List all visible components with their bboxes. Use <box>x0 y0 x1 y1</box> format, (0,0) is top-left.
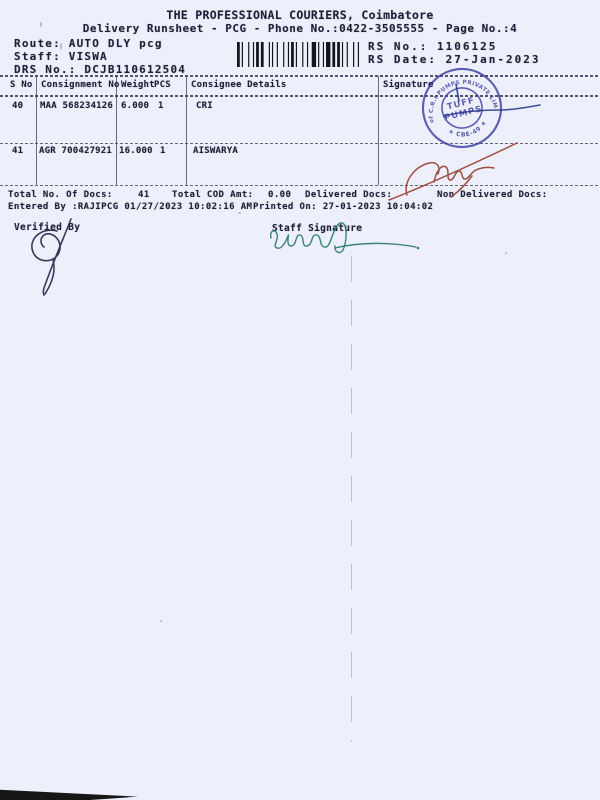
scan-speck <box>40 22 42 27</box>
annotations-layer: Unit of C.R.I PUMPS PRIVATE LIMITED ★ CB… <box>0 0 600 800</box>
page-fold-line <box>351 256 352 742</box>
scan-speck <box>60 43 62 50</box>
runsheet-document: THE PROFESSIONAL COURIERS, Coimbatore De… <box>0 0 600 800</box>
scan-speck <box>505 252 507 254</box>
scan-speck <box>238 212 241 214</box>
consignee-signature <box>389 143 517 200</box>
company-stamp: Unit of C.R.I PUMPS PRIVATE LIMITED ★ CB… <box>0 0 509 258</box>
scan-speck <box>160 620 162 622</box>
verified-by-signature <box>32 219 71 295</box>
staff-signature <box>271 223 420 253</box>
